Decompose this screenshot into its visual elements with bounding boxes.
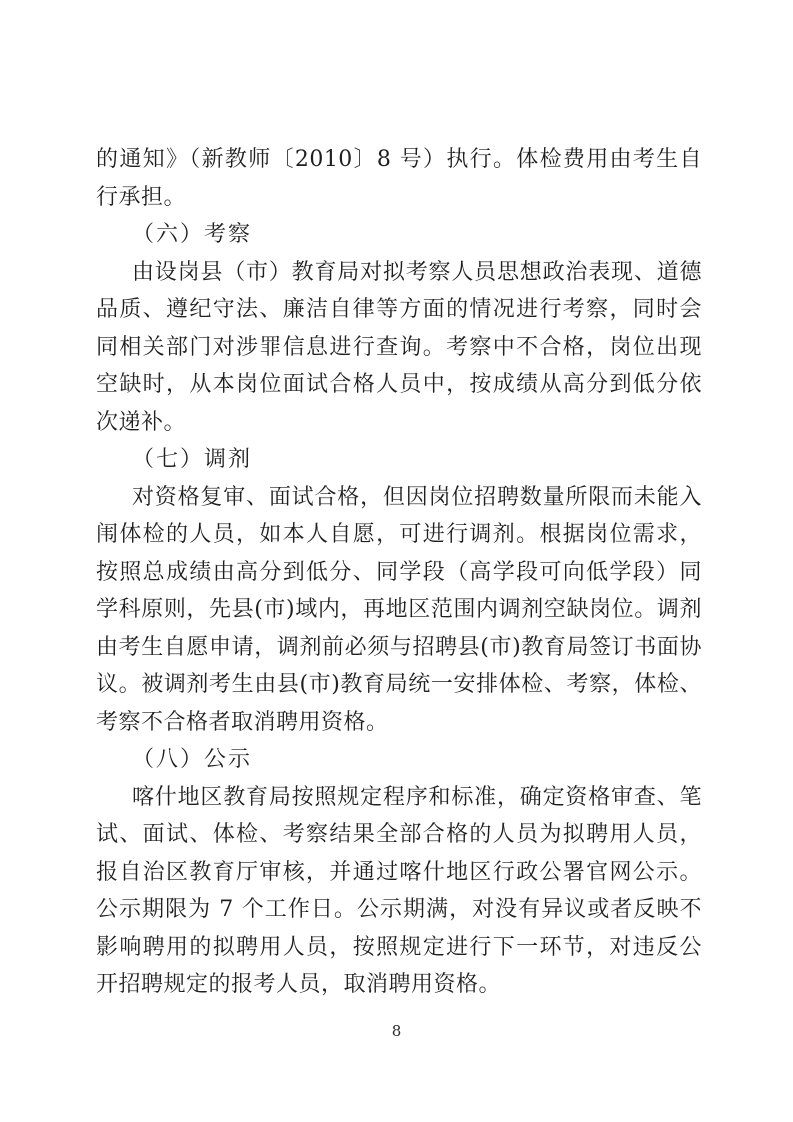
section-heading-8: （八）公示 bbox=[96, 741, 702, 779]
paragraph-publicity: 喀什地区教育局按照规定程序和标准，确定资格审查、笔试、面试、体检、考察结果全部合… bbox=[96, 779, 702, 1004]
document-body: 的通知》（新教师〔2010〕8 号）执行。体检费用由考生自行承担。 （六）考察 … bbox=[96, 141, 702, 1004]
document-page: 的通知》（新教师〔2010〕8 号）执行。体检费用由考生自行承担。 （六）考察 … bbox=[0, 0, 793, 1122]
section-heading-7: （七）调剂 bbox=[96, 441, 702, 479]
page-number: 8 bbox=[0, 1022, 793, 1040]
paragraph-continuation: 的通知》（新教师〔2010〕8 号）执行。体检费用由考生自行承担。 bbox=[96, 141, 702, 216]
section-heading-6: （六）考察 bbox=[96, 216, 702, 254]
paragraph-inspection: 由设岗县（市）教育局对拟考察人员思想政治表现、道德品质、遵纪守法、廉洁自律等方面… bbox=[96, 254, 702, 442]
paragraph-adjustment: 对资格复审、面试合格，但因岗位招聘数量所限而未能入闱体检的人员，如本人自愿，可进… bbox=[96, 479, 702, 742]
